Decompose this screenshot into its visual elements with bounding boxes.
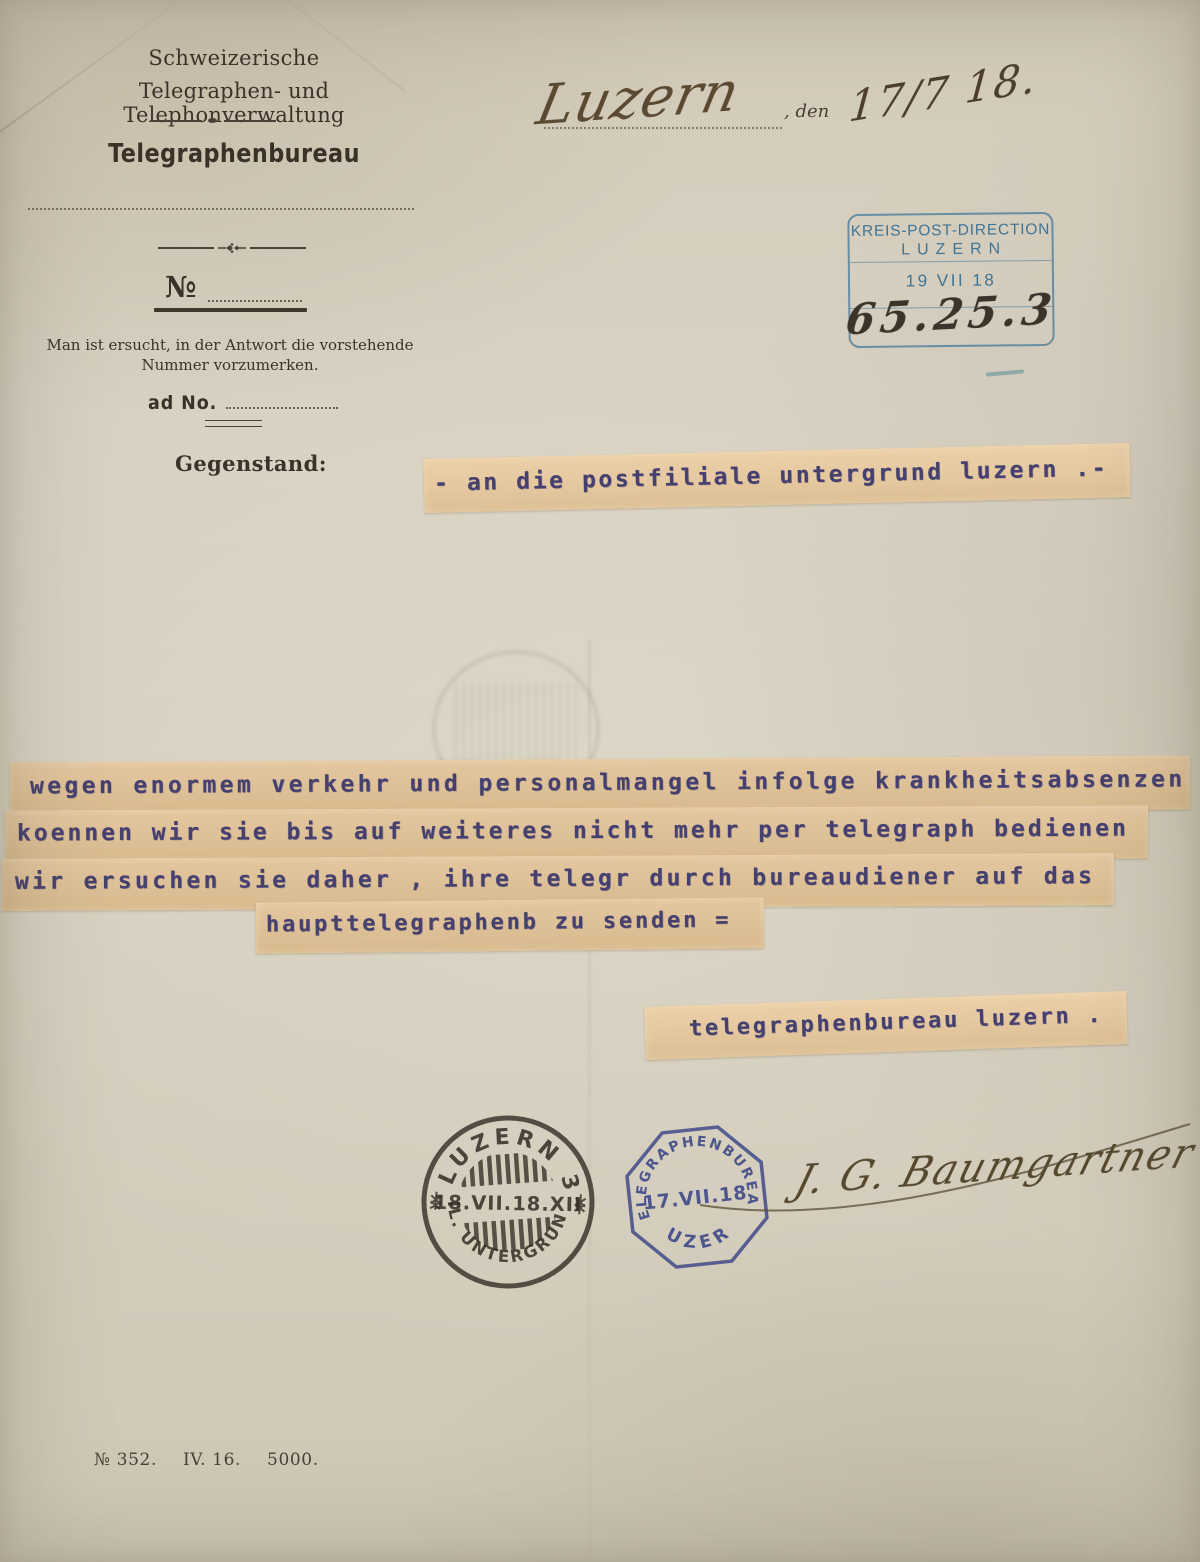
- letterhead-bureau: Telegraphenbureau: [65, 139, 402, 169]
- number-field-label: №: [165, 270, 197, 304]
- form-imprint-edition: IV. 16.: [183, 1450, 241, 1470]
- strip-text: koennen wir sie bis auf weiteres nicht m…: [17, 816, 1129, 847]
- letterhead-divider: [150, 119, 276, 122]
- reply-note-line2: Nummer vorzumerken.: [40, 356, 420, 374]
- reply-note-line1: Man ist ersucht, in der Antwort die vors…: [40, 336, 420, 354]
- telegram-strip-body: haupttelegraphenb zu senden =: [256, 897, 765, 953]
- place-dotted-underline: [544, 127, 782, 129]
- thick-rule: [154, 308, 307, 312]
- form-imprint-number: № 352.: [94, 1450, 157, 1470]
- arrival-stamp-line2: LUZERN: [850, 240, 1052, 260]
- ad-no-field: ad No.: [145, 391, 338, 414]
- ink-smudge: [986, 369, 1024, 376]
- ad-no-blank: [226, 391, 338, 409]
- strip-text: wegen enormem verkehr und personalmangel…: [30, 766, 1186, 799]
- strip-text: haupttelegraphenb zu senden =: [266, 908, 732, 938]
- number-field-blank: [208, 300, 302, 302]
- scanned-letter-page: Schweizerische Telegraphen- und Telephon…: [0, 0, 1200, 1562]
- ad-no-label: ad No.: [148, 392, 217, 414]
- handwritten-date: 17/7 18.: [847, 52, 1040, 132]
- letterhead-line1: Schweizerische: [38, 46, 430, 70]
- ornament-divider: [158, 242, 306, 254]
- form-imprint-printrun: 5000.: [267, 1450, 319, 1470]
- arrival-stamp-line1: KREIS-POST-DIRECTION: [849, 221, 1051, 241]
- strip-text: - an die postfiliale untergrund luzern .…: [434, 455, 1109, 496]
- double-rule: [205, 420, 262, 427]
- circular-postmark: LUZERN 3 FIL. UNTERGRUND 18.VII.18.XII: [412, 1106, 604, 1298]
- arrival-stamp-divider: [850, 260, 1052, 263]
- den-label: , den: [784, 101, 829, 122]
- strip-text: wir ersuchen sie daher , ihre telegr dur…: [15, 863, 1095, 895]
- subject-label: Gegenstand:: [175, 451, 327, 476]
- telegram-strip-address: - an die postfiliale untergrund luzern .…: [423, 443, 1130, 513]
- handwritten-place: Luzern: [531, 58, 746, 137]
- telegram-strip-closing: telegraphenbureau luzern .: [644, 991, 1127, 1060]
- strip-text: telegraphenbureau luzern .: [689, 1003, 1104, 1042]
- fleuron-icon: [217, 242, 247, 254]
- dotted-rule: [28, 208, 414, 210]
- form-imprint: № 352. IV. 16. 5000.: [94, 1450, 345, 1470]
- circular-postmark-date: 18.VII.18.XII: [433, 1191, 582, 1217]
